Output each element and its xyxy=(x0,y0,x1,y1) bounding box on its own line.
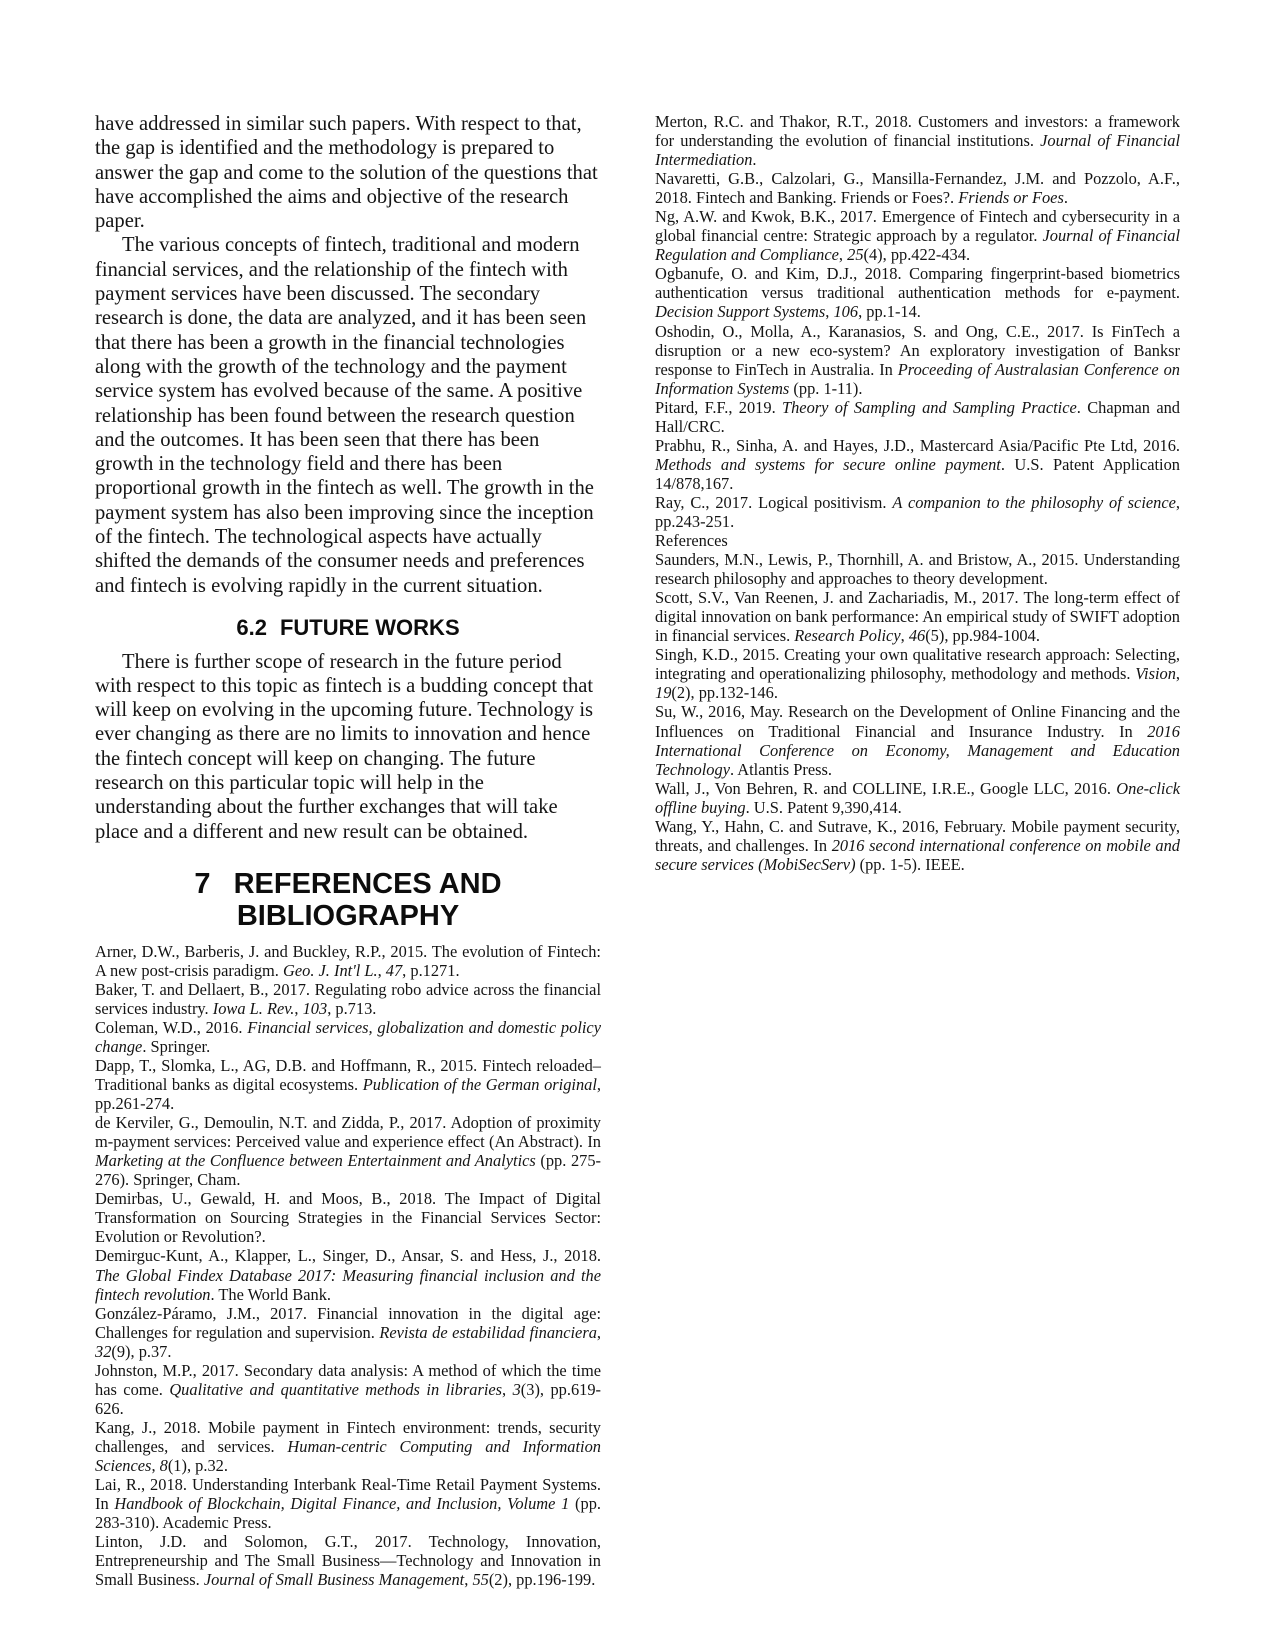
reference-entry: Saunders, M.N., Lewis, P., Thornhill, A.… xyxy=(655,550,1180,588)
reference-list-right: Merton, R.C. and Thakor, R.T., 2018. Cus… xyxy=(655,112,1180,874)
reference-entry: de Kerviler, G., Demoulin, N.T. and Zidd… xyxy=(95,1113,601,1189)
reference-entry: Dapp, T., Slomka, L., AG, D.B. and Hoffm… xyxy=(95,1056,601,1113)
reference-entry: Demirbas, U., Gewald, H. and Moos, B., 2… xyxy=(95,1189,601,1246)
reference-entry: Demirguc-Kunt, A., Klapper, L., Singer, … xyxy=(95,1246,601,1303)
section-title: FUTURE WORKS xyxy=(280,615,460,640)
reference-entry: Arner, D.W., Barberis, J. and Buckley, R… xyxy=(95,942,601,980)
reference-entry: Baker, T. and Dellaert, B., 2017. Regula… xyxy=(95,980,601,1018)
body-paragraph: The various concepts of fintech, traditi… xyxy=(95,233,601,597)
reference-entry: Coleman, W.D., 2016. Financial services,… xyxy=(95,1018,601,1056)
body-paragraph: have addressed in similar such papers. W… xyxy=(95,112,601,233)
reference-entry: Linton, J.D. and Solomon, G.T., 2017. Te… xyxy=(95,1532,601,1589)
reference-entry: Wang, Y., Hahn, C. and Sutrave, K., 2016… xyxy=(655,817,1180,874)
body-paragraph: There is further scope of research in th… xyxy=(95,650,601,844)
section-number: 7 xyxy=(194,868,210,900)
reference-entry: References xyxy=(655,531,1180,550)
reference-entry: González-Páramo, J.M., 2017. Financial i… xyxy=(95,1304,601,1361)
reference-list-left: Arner, D.W., Barberis, J. and Buckley, R… xyxy=(95,942,601,1590)
reference-entry: Ray, C., 2017. Logical positivism. A com… xyxy=(655,493,1180,531)
reference-entry: Ogbanufe, O. and Kim, D.J., 2018. Compar… xyxy=(655,264,1180,321)
section-number: 6.2 xyxy=(236,615,267,640)
reference-entry: Wall, J., Von Behren, R. and COLLINE, I.… xyxy=(655,779,1180,817)
reference-entry: Oshodin, O., Molla, A., Karanasios, S. a… xyxy=(655,322,1180,398)
section-title: REFERENCES AND BIBLIOGRAPHY xyxy=(234,868,502,932)
reference-entry: Scott, S.V., Van Reenen, J. and Zacharia… xyxy=(655,588,1180,645)
left-column: have addressed in similar such papers. W… xyxy=(95,112,601,1610)
document-page: have addressed in similar such papers. W… xyxy=(0,0,1275,1650)
reference-entry: Ng, A.W. and Kwok, B.K., 2017. Emergence… xyxy=(655,207,1180,264)
reference-entry: Pitard, F.F., 2019. Theory of Sampling a… xyxy=(655,398,1180,436)
reference-entry: Su, W., 2016, May. Research on the Devel… xyxy=(655,702,1180,778)
reference-entry: Kang, J., 2018. Mobile payment in Fintec… xyxy=(95,1418,601,1475)
reference-entry: Merton, R.C. and Thakor, R.T., 2018. Cus… xyxy=(655,112,1180,169)
reference-entry: Lai, R., 2018. Understanding Interbank R… xyxy=(95,1475,601,1532)
section-heading-future-works: 6.2FUTURE WORKS xyxy=(95,616,601,641)
section-heading-references: 7REFERENCES AND BIBLIOGRAPHY xyxy=(95,869,601,933)
reference-entry: Johnston, M.P., 2017. Secondary data ana… xyxy=(95,1361,601,1418)
reference-entry: Singh, K.D., 2015. Creating your own qua… xyxy=(655,645,1180,702)
reference-entry: Navaretti, G.B., Calzolari, G., Mansilla… xyxy=(655,169,1180,207)
right-column: Merton, R.C. and Thakor, R.T., 2018. Cus… xyxy=(655,112,1180,1610)
reference-entry: Prabhu, R., Sinha, A. and Hayes, J.D., M… xyxy=(655,436,1180,493)
